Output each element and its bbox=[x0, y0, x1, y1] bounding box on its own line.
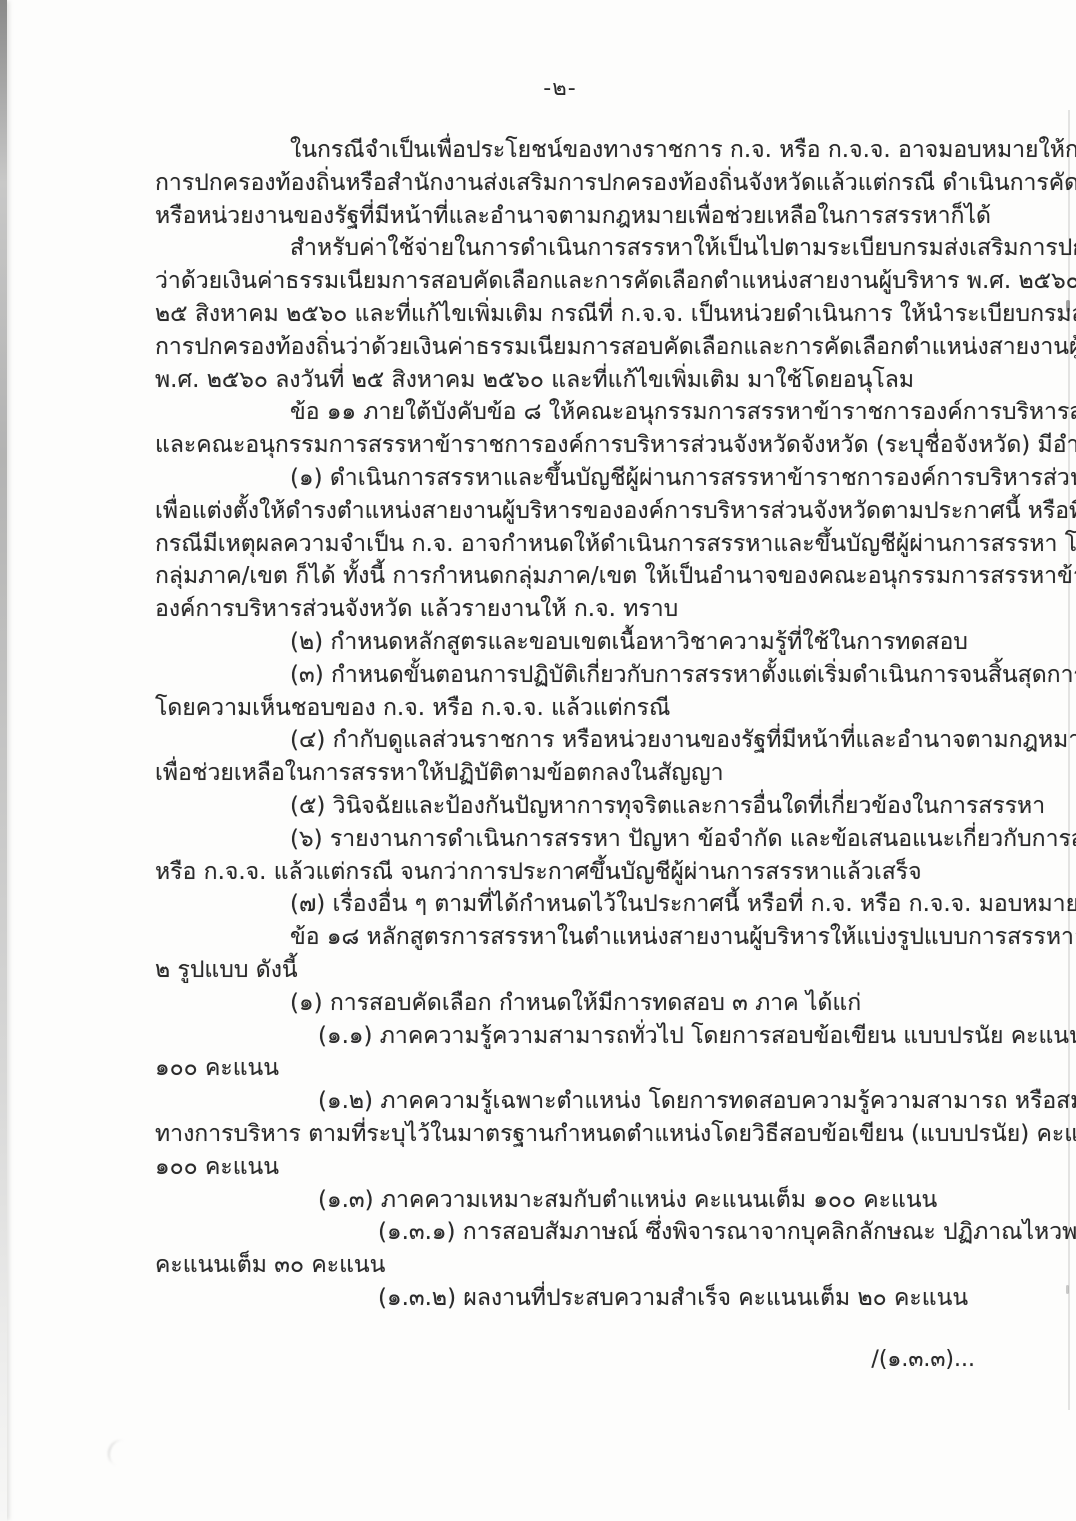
text-line: คะแนนเต็ม ๓๐ คะแนน bbox=[155, 1249, 1050, 1282]
scan-speck bbox=[1066, 1285, 1069, 1294]
text-line: ๑๐๐ คะแนน bbox=[155, 1052, 1050, 1085]
text-line: (๑.๓.๑) การสอบสัมภาษณ์ ซึ่งพิจารณาจากบุค… bbox=[155, 1216, 1050, 1249]
text-line: ข้อ ๑๘ หลักสูตรการสรรหาในตำแหน่งสายงานผู… bbox=[155, 921, 1050, 954]
text-line: ๒ รูปแบบ ดังนี้ bbox=[155, 954, 1050, 987]
scan-edge-artifact-left bbox=[0, 0, 7, 1521]
text-line: ในกรณีจำเป็นเพื่อประโยชน์ของทางราชการ ก.… bbox=[155, 134, 1050, 167]
text-line: โดยความเห็นชอบของ ก.จ. หรือ ก.จ.จ. แล้วแ… bbox=[155, 692, 1050, 725]
text-line: กรณีมีเหตุผลความจำเป็น ก.จ. อาจกำหนดให้ด… bbox=[155, 528, 1050, 561]
text-line: องค์การบริหารส่วนจังหวัด แล้วรายงานให้ ก… bbox=[155, 593, 1050, 626]
text-line: (๑.๒) ภาคความรู้เฉพาะตำแหน่ง โดยการทดสอบ… bbox=[155, 1085, 1050, 1118]
text-line: ๒๕ สิงหาคม ๒๕๖๐ และที่แก้ไขเพิ่มเติม กรณ… bbox=[155, 298, 1050, 331]
page-number: -๒- bbox=[0, 76, 1076, 102]
text-line: ว่าด้วยเงินค่าธรรมเนียมการสอบคัดเลือกและ… bbox=[155, 265, 1050, 298]
document-page: -๒- ในกรณีจำเป็นเพื่อประโยชน์ของทางราชกา… bbox=[0, 0, 1076, 1521]
text-line: เพื่อช่วยเหลือในการสรรหาให้ปฏิบัติตามข้อ… bbox=[155, 757, 1050, 790]
text-line: ทางการบริหาร ตามที่ระบุไว้ในมาตรฐานกำหนด… bbox=[155, 1118, 1050, 1151]
continuation-mark: /(๑.๓.๓)... bbox=[871, 1346, 975, 1374]
text-line: หรือ ก.จ.จ. แล้วแต่กรณี จนกว่าการประกาศข… bbox=[155, 856, 1050, 889]
text-line: ข้อ ๑๑ ภายใต้บังคับข้อ ๘ ให้คณะอนุกรรมกา… bbox=[155, 396, 1050, 429]
text-line: (๖) รายงานการดำเนินการสรรหา ปัญหา ข้อจำก… bbox=[155, 823, 1050, 856]
text-line: ๑๐๐ คะแนน bbox=[155, 1151, 1050, 1184]
text-line: (๑) การสอบคัดเลือก กำหนดให้มีการทดสอบ ๓ … bbox=[155, 987, 1050, 1020]
text-line: (๑.๑) ภาคความรู้ความสามารถทั่วไป โดยการส… bbox=[155, 1020, 1050, 1053]
text-line: การปกครองท้องถิ่นหรือสำนักงานส่งเสริมการ… bbox=[155, 167, 1050, 200]
text-line: (๔) กำกับดูแลส่วนราชการ หรือหน่วยงานของร… bbox=[155, 724, 1050, 757]
text-line: เพื่อแต่งตั้งให้ดำรงตำแหน่งสายงานผู้บริห… bbox=[155, 495, 1050, 528]
text-line: (๕) วินิจฉัยและป้องกันปัญหาการทุจริตและก… bbox=[155, 790, 1050, 823]
document-body: ในกรณีจำเป็นเพื่อประโยชน์ของทางราชการ ก.… bbox=[155, 134, 1050, 1315]
text-line: การปกครองท้องถิ่นว่าด้วยเงินค่าธรรมเนียม… bbox=[155, 331, 1050, 364]
text-line: (๑) ดำเนินการสรรหาและขึ้นบัญชีผู้ผ่านการ… bbox=[155, 462, 1050, 495]
text-line: และคณะอนุกรรมการสรรหาข้าราชการองค์การบริ… bbox=[155, 429, 1050, 462]
text-line: พ.ศ. ๒๕๖๐ ลงวันที่ ๒๕ สิงหาคม ๒๕๖๐ และที… bbox=[155, 364, 1050, 397]
text-line: (๒) กำหนดหลักสูตรและขอบเขตเนื้อหาวิชาควา… bbox=[155, 626, 1050, 659]
text-line: กลุ่มภาค/เขต ก็ได้ ทั้งนี้ การกำหนดกลุ่ม… bbox=[155, 560, 1050, 593]
text-line: สำหรับค่าใช้จ่ายในการดำเนินการสรรหาให้เป… bbox=[155, 232, 1050, 265]
text-line: (๑.๓.๒) ผลงานที่ประสบความสำเร็จ คะแนนเต็… bbox=[155, 1282, 1050, 1315]
text-line: (๑.๓) ภาคความเหมาะสมกับตำแหน่ง คะแนนเต็ม… bbox=[155, 1184, 1050, 1217]
text-line: (๗) เรื่องอื่น ๆ ตามที่ได้กำหนดไว้ในประก… bbox=[155, 888, 1050, 921]
text-line: หรือหน่วยงานของรัฐที่มีหน้าที่และอำนาจตา… bbox=[155, 200, 1050, 233]
text-line: (๓) กำหนดขั้นตอนการปฏิบัติเกี่ยวกับการสร… bbox=[155, 659, 1050, 692]
scan-smudge bbox=[105, 1437, 136, 1469]
